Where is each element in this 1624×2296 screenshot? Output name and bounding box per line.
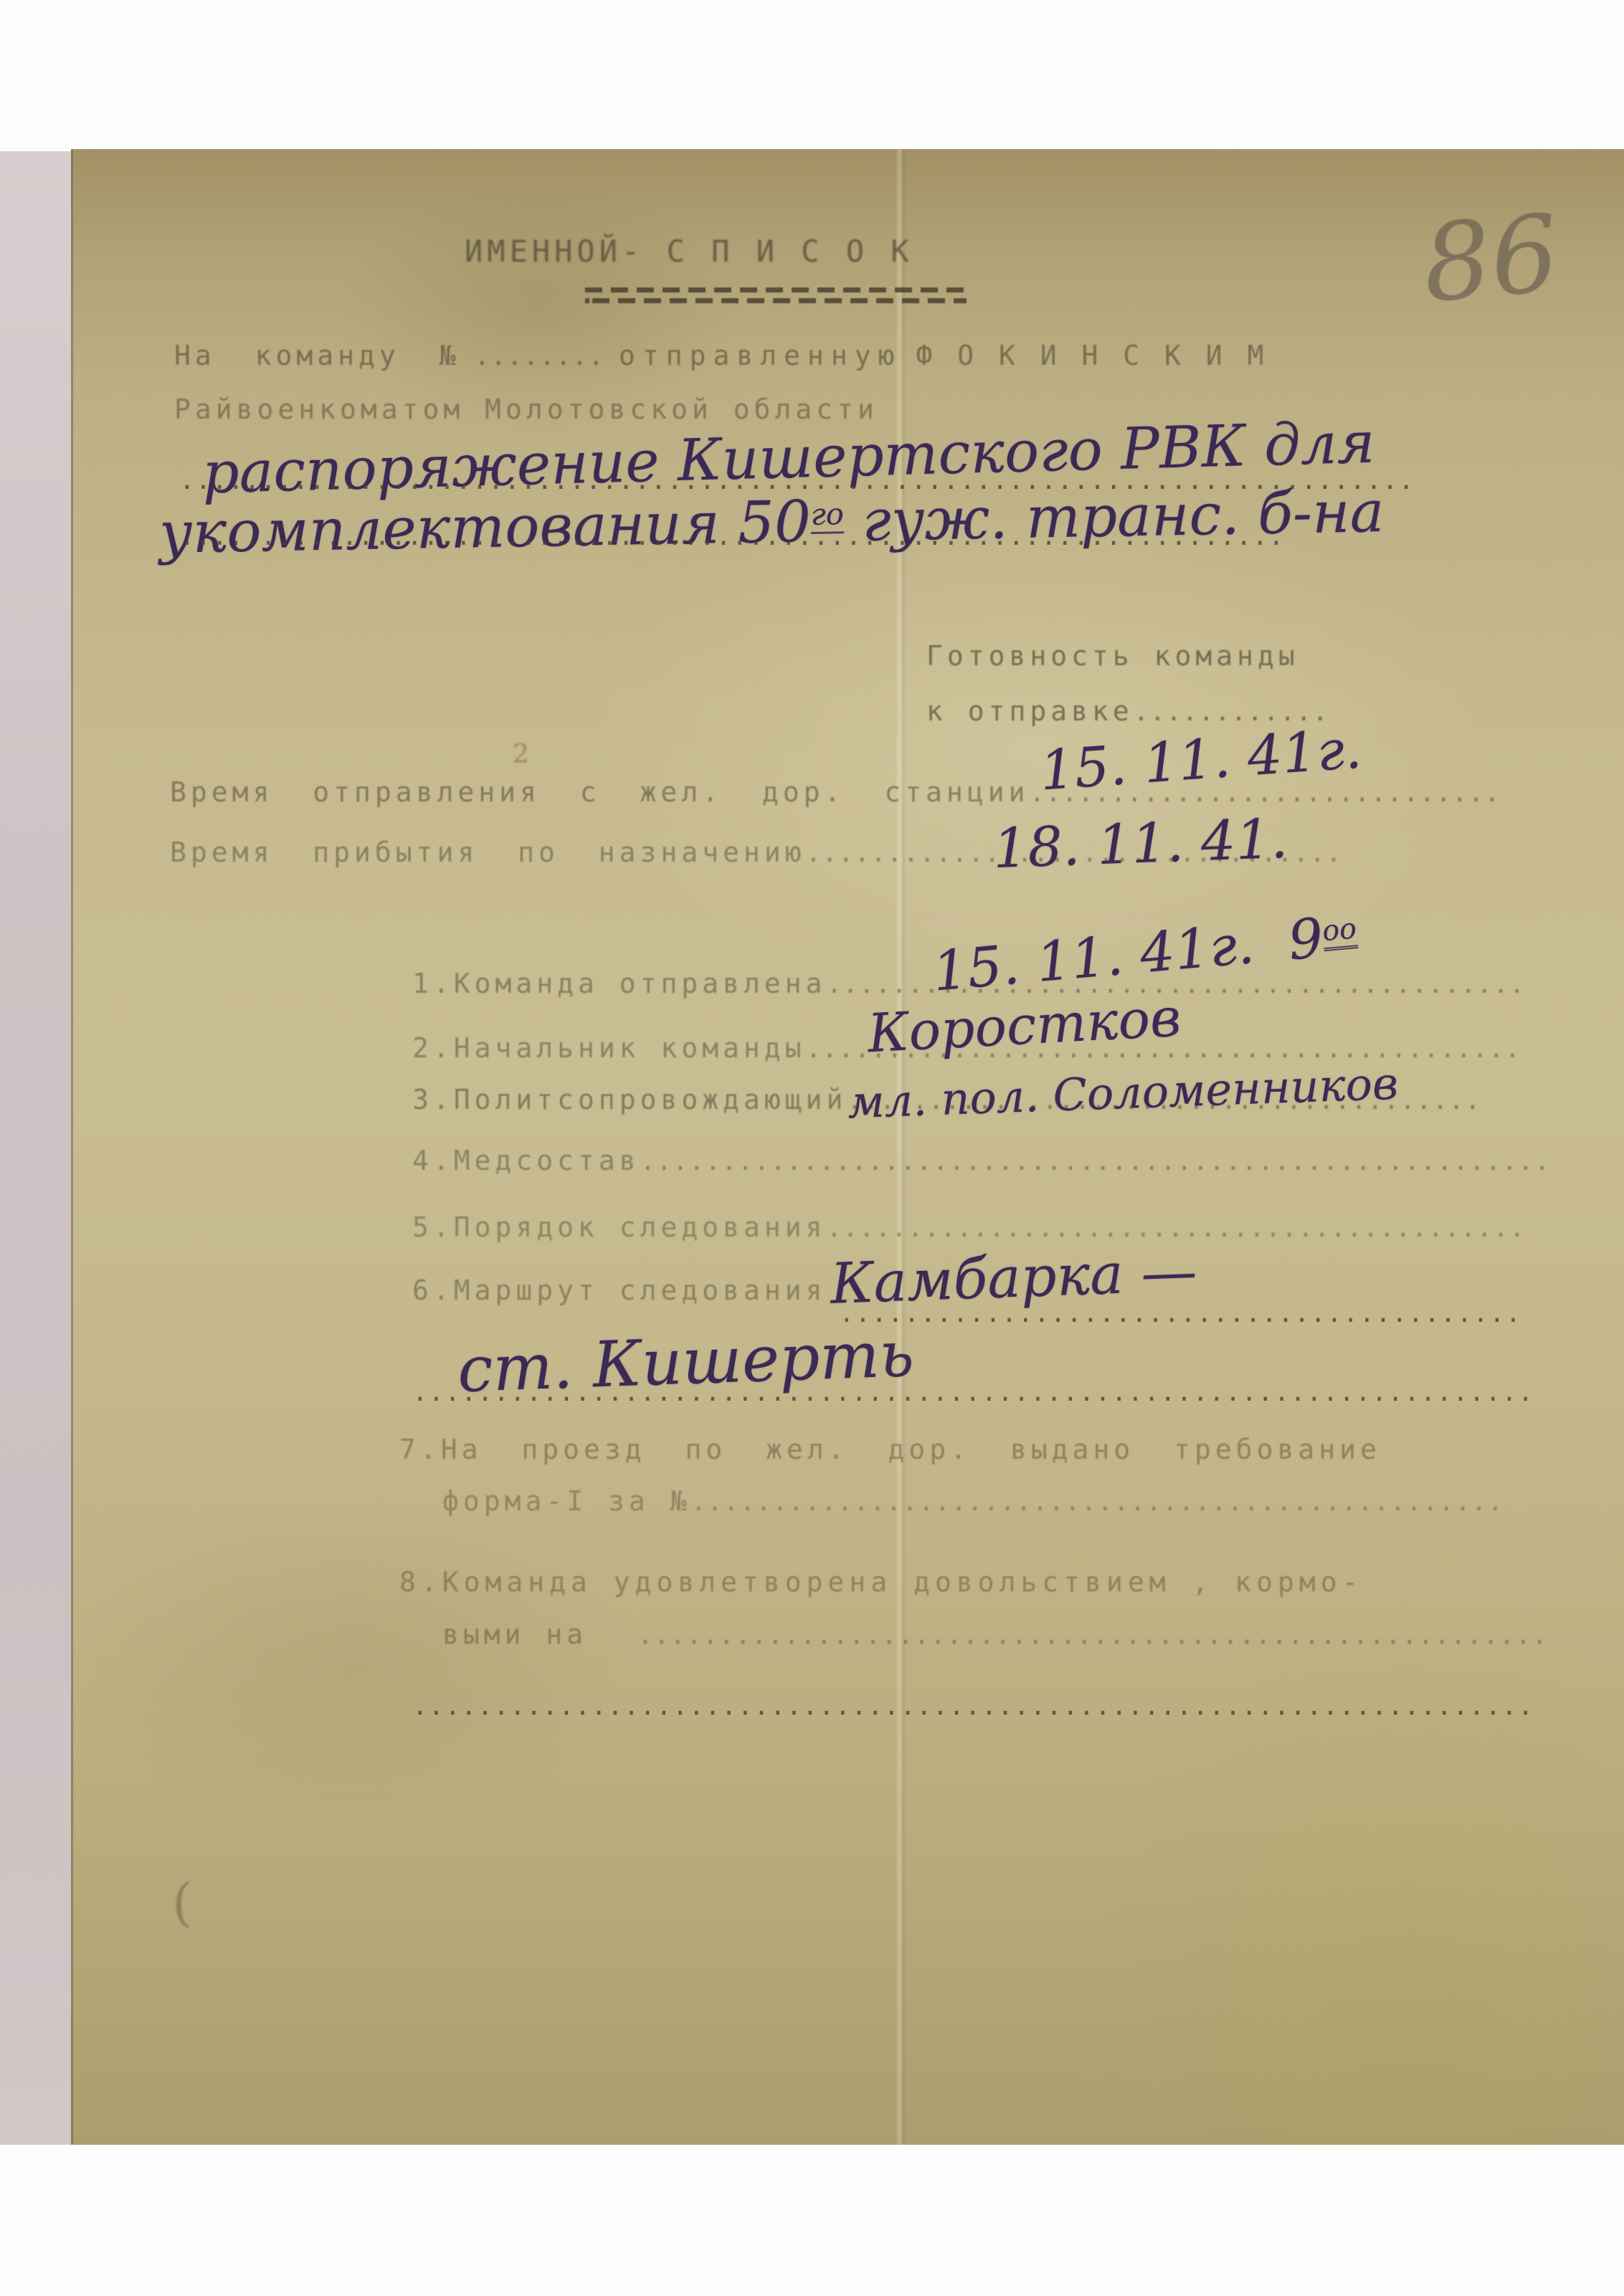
item4-label: 4.Медсостав bbox=[412, 1145, 640, 1176]
stray-pencil-mark: 2 bbox=[513, 740, 529, 769]
title-underline-row1 bbox=[585, 287, 967, 292]
final-dotted-row: ........................................… bbox=[412, 1692, 1534, 1721]
arrive-label: Время прибытия по назначению bbox=[170, 837, 806, 868]
list-item-7-line2: форма-I за №............................… bbox=[442, 1485, 1504, 1517]
typed-readiness-line1: Готовность команды bbox=[926, 640, 1299, 672]
list-item-8-line1: 8.Команда удовлетворена довольствием , к… bbox=[399, 1566, 1364, 1598]
handwritten-arrive-date: 18. 11. 41. bbox=[992, 806, 1289, 880]
stray-ink-mark: ( bbox=[172, 1872, 192, 1933]
item6-dots-row1: ........................................… bbox=[839, 1299, 1521, 1328]
item2-label: 2.Начальник команды bbox=[412, 1032, 806, 1064]
item1-hour: 9 bbox=[1286, 905, 1326, 972]
item5-label: 5.Порядок следования bbox=[412, 1211, 827, 1243]
command-label: На команду № bbox=[174, 340, 460, 371]
command-sent-label: отправленную bbox=[619, 340, 902, 371]
underlying-page-edge bbox=[0, 151, 71, 2145]
title-underline-row2 bbox=[585, 298, 967, 303]
list-item-5: 5.Порядок следования....................… bbox=[412, 1211, 1526, 1243]
typed-line-voenkomat: Райвоенкоматом Молотовской области bbox=[174, 394, 878, 425]
scanned-document: 86 ИМЕННОЙ- С П И С О К На команду №....… bbox=[0, 0, 1624, 2296]
list-item-8-line2: выми на.................................… bbox=[442, 1619, 1548, 1650]
item3-label: 3.Политсопровождающий bbox=[412, 1084, 847, 1115]
item7-form-label: форма-I за № bbox=[442, 1485, 691, 1517]
list-item-7-line1: 7.На проезд по жел. дор. выдано требован… bbox=[399, 1434, 1381, 1465]
item8-continuation-label: выми на bbox=[442, 1619, 587, 1650]
item6-dots-row2: ........................................… bbox=[412, 1378, 1534, 1407]
district-name: Ф О К И Н С К И М bbox=[916, 340, 1268, 371]
title-underline bbox=[585, 287, 967, 303]
dotted-leader-row2: ........................................… bbox=[179, 522, 1285, 551]
readiness-label: к отправке bbox=[926, 695, 1134, 727]
item5-dots: ........................................… bbox=[827, 1214, 1526, 1243]
item7-dots: ........................................… bbox=[691, 1487, 1504, 1517]
list-item-6: 6.Маршрут следования bbox=[412, 1275, 827, 1306]
list-item-4: 4.Медсостав.............................… bbox=[412, 1145, 1550, 1176]
typed-line-command: На команду №........отправленнуюФ О К И … bbox=[174, 340, 1268, 371]
document-title: ИМЕННОЙ- С П И С О К bbox=[465, 234, 913, 269]
item1-label: 1.Команда отправлена bbox=[412, 968, 827, 999]
item4-dots: ........................................… bbox=[640, 1147, 1551, 1176]
item1-hour-superscript: оо bbox=[1321, 913, 1358, 952]
command-number-blank: ........ bbox=[475, 342, 604, 371]
item8-dots: ........................................… bbox=[637, 1621, 1548, 1650]
page-number: 86 bbox=[1418, 191, 1564, 326]
depart-label: Время отправления с жел. дор. станции bbox=[170, 776, 1029, 808]
